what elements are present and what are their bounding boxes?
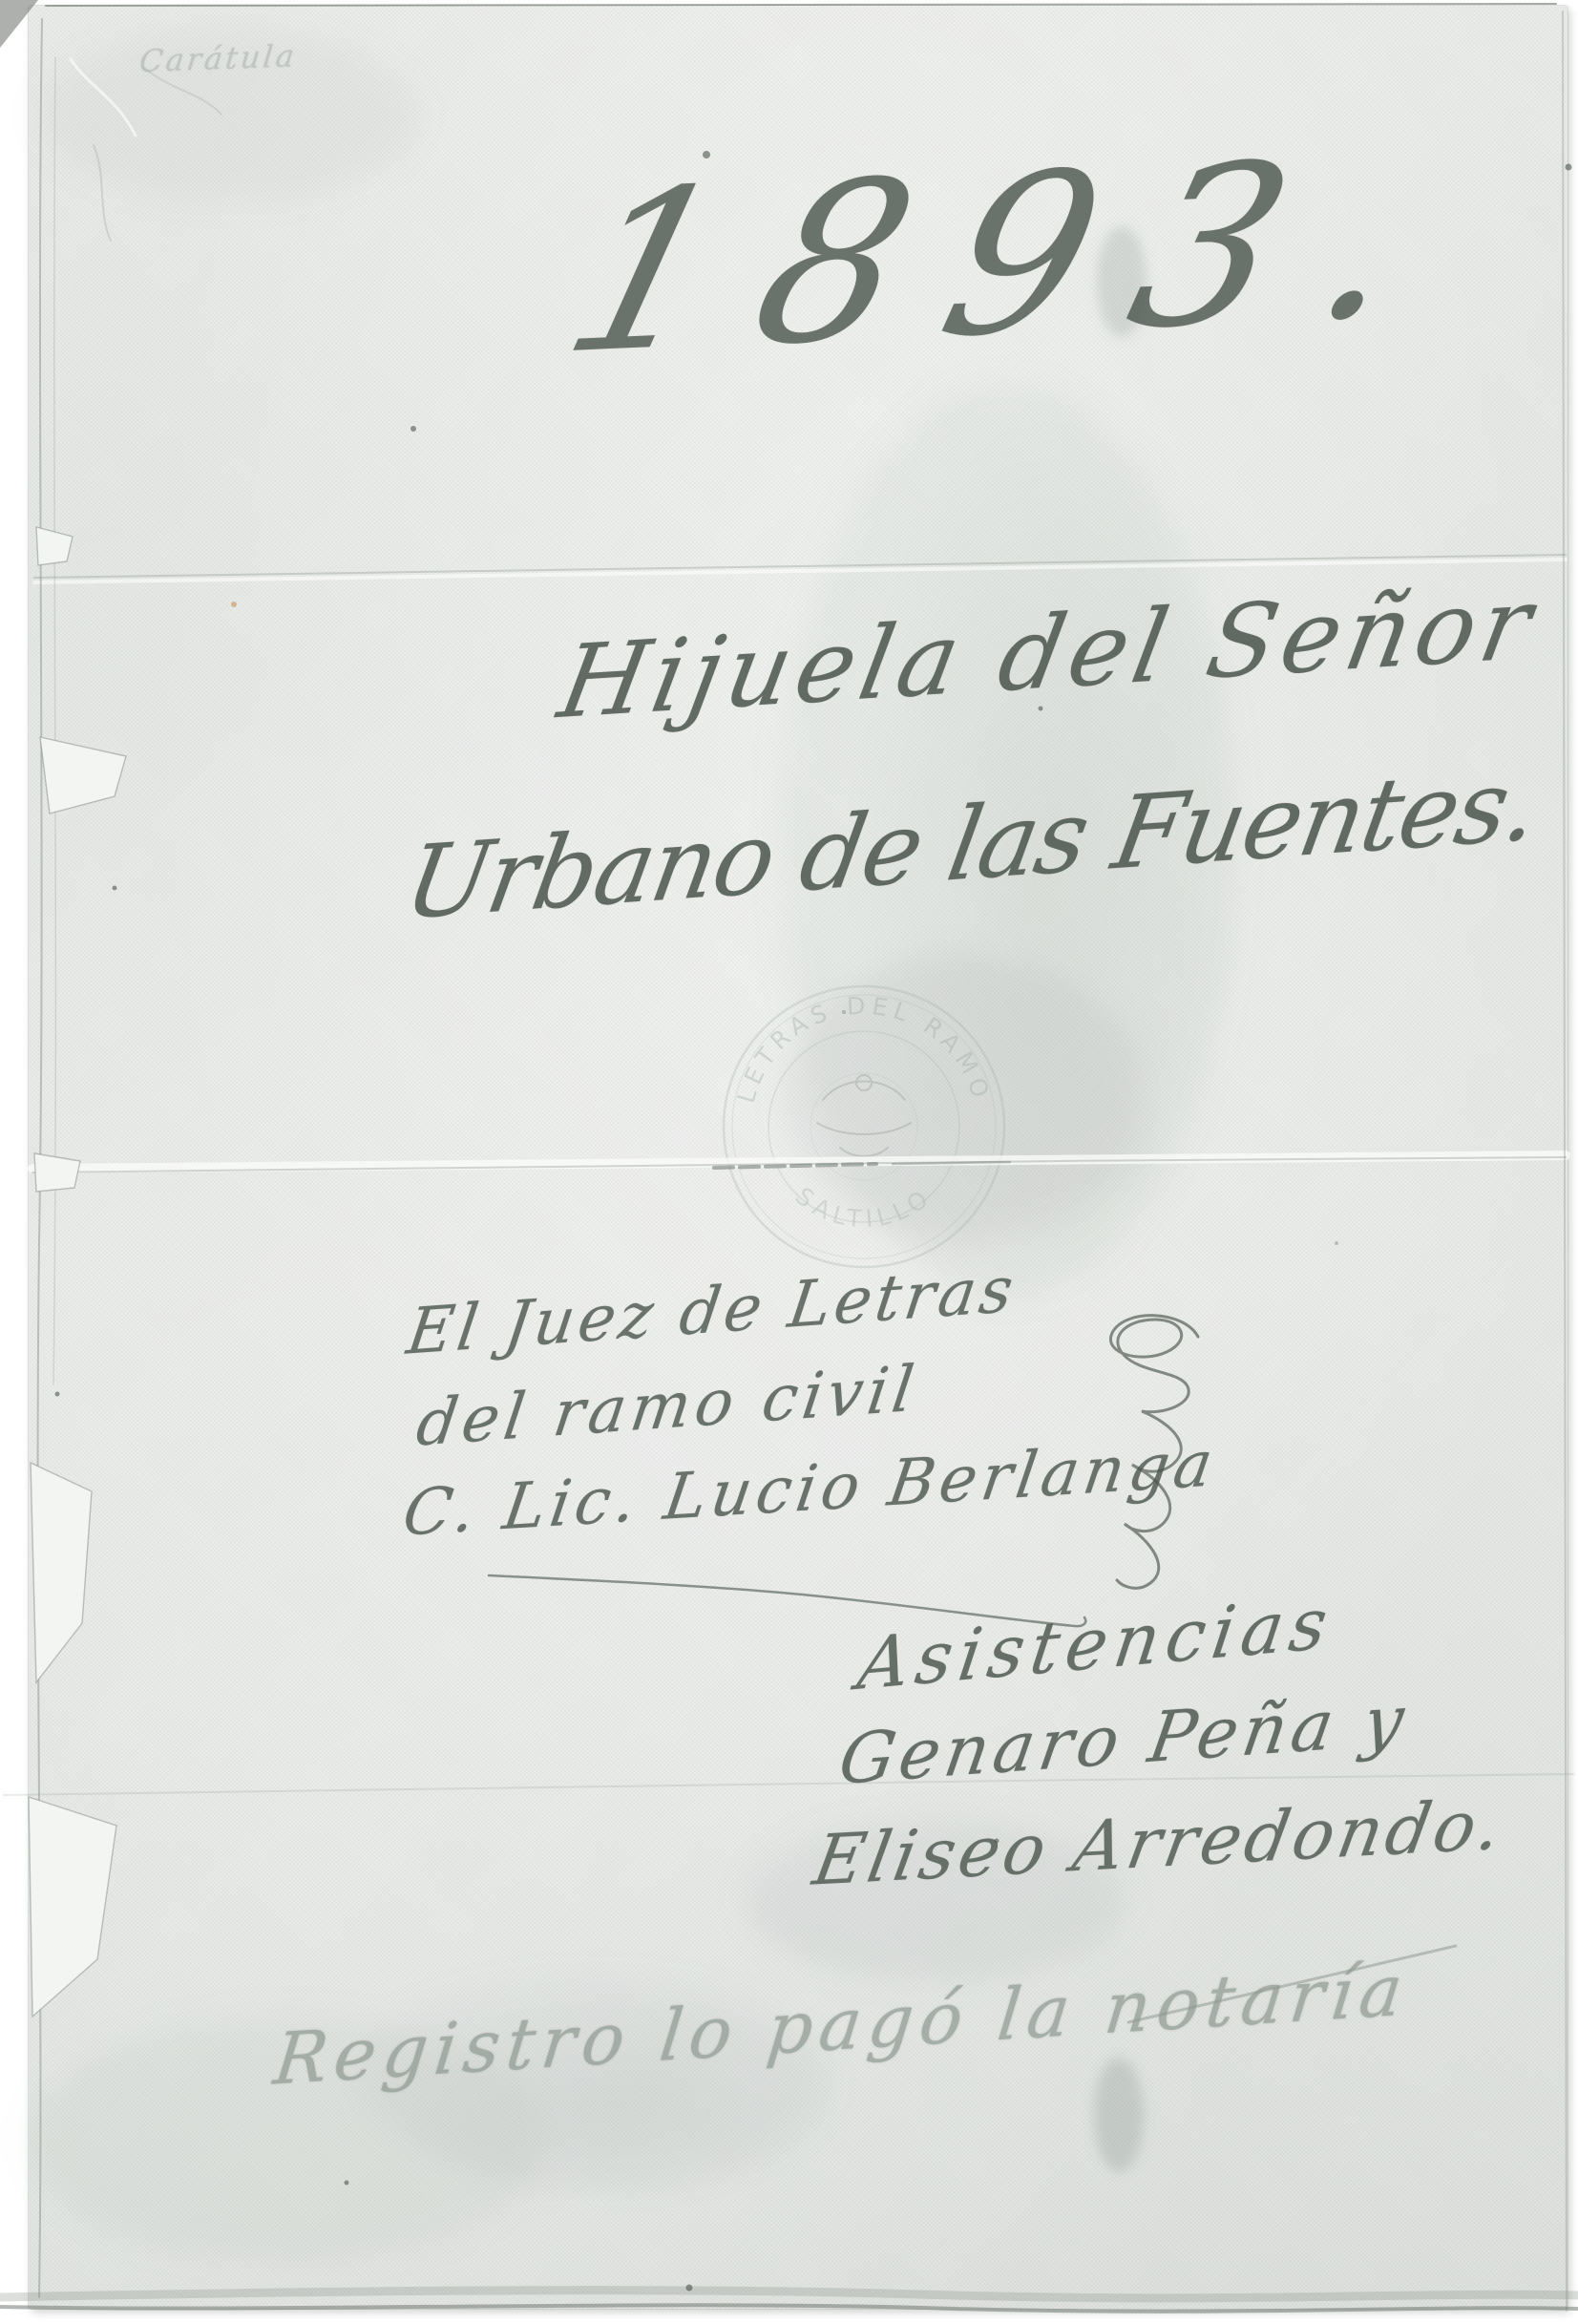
- scanned-document: LETRAS DEL RAMO SALTILLO: [0, 0, 1578, 2324]
- year-heading: 1893.: [549, 126, 1477, 385]
- pencil-annotation: Carátula: [138, 40, 299, 76]
